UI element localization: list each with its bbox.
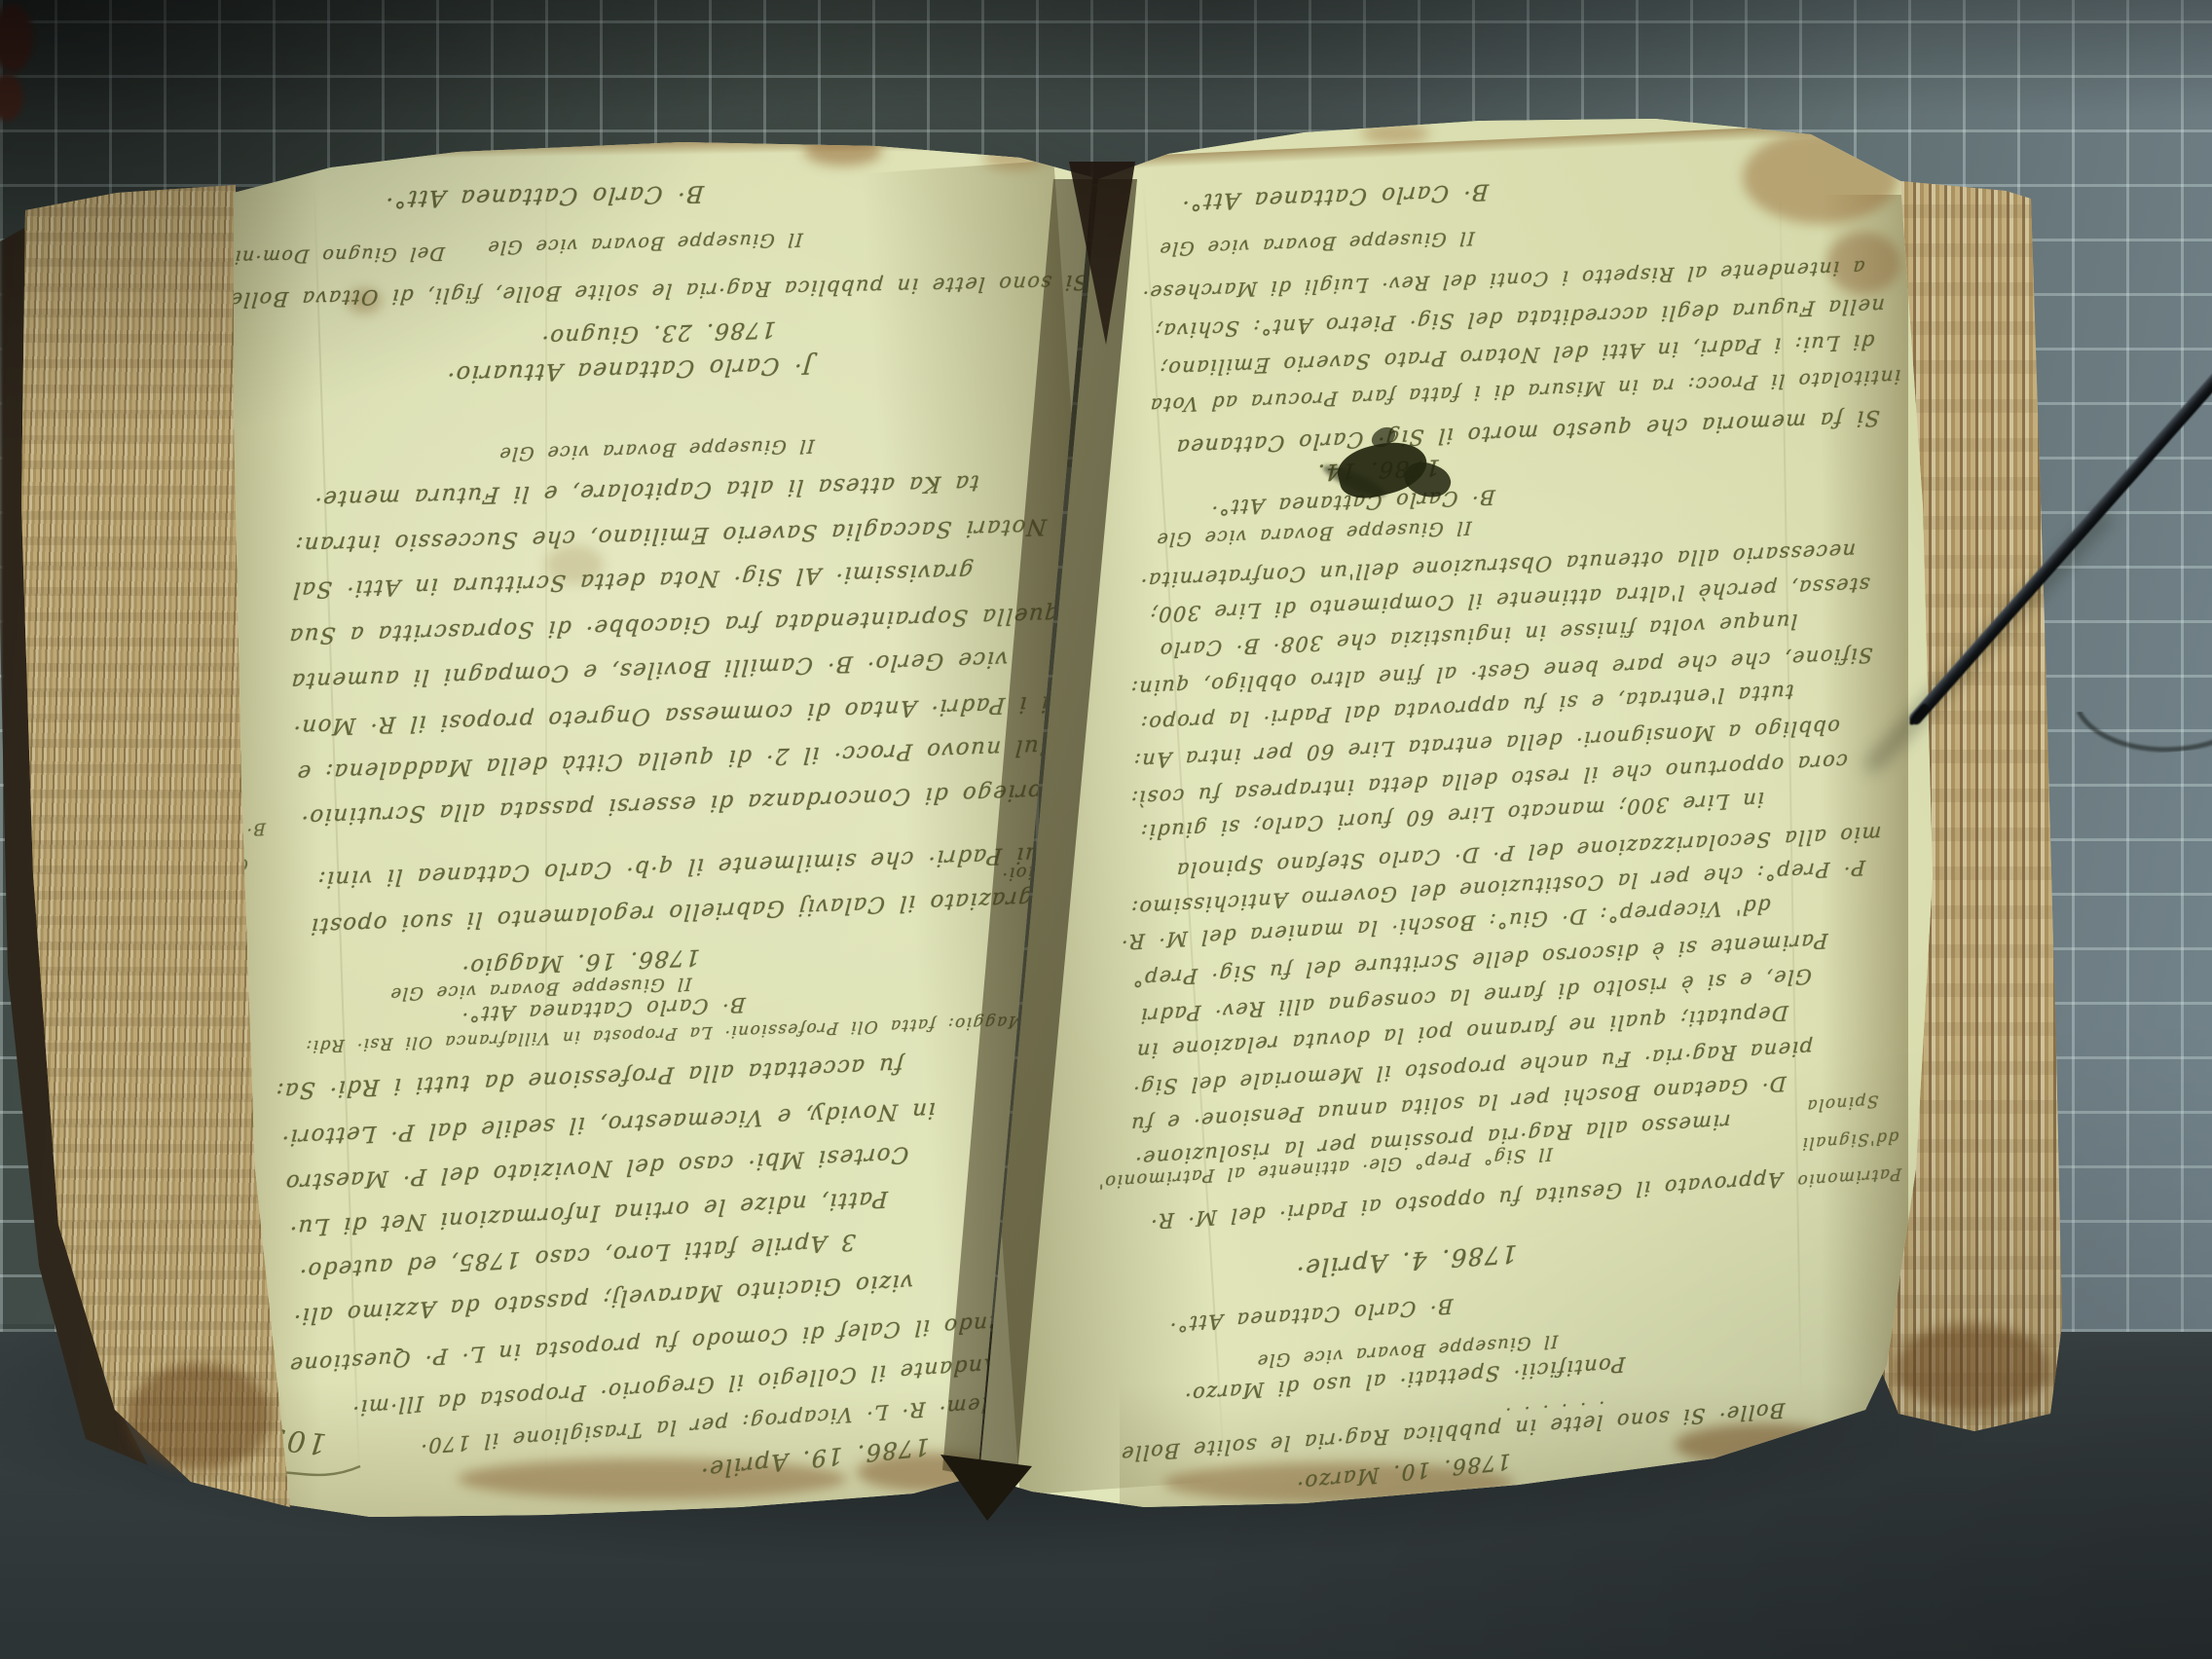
handwritten-line: fu accettata alla Professione da tutti i… (275, 1052, 904, 1101)
handwritten-line: 3 Aprile fatti Loro, caso 1785, ed auted… (298, 1230, 857, 1281)
handwritten-line: B· Carlo Cattanea Att°· (1180, 179, 1489, 212)
fore-edge-stain (127, 1363, 273, 1470)
handwritten-line: a intendente al Rispetto i Conti del Rev… (1141, 258, 1865, 303)
handwritten-line: 1786. 4. Aprile· (1295, 1241, 1518, 1281)
handwritten-line: Si fa memoria che questo morto il Sig· C… (1175, 406, 1881, 457)
photo-scene: B· Carlo Cattanea Att°·Il Giuseppe Bovar… (0, 0, 2212, 1659)
handwritten-line: in Novidy, e Vicemaestro, il sedile dal … (280, 1098, 937, 1148)
handwritten-line: B· Carlo Cattanea Att°· (384, 182, 705, 211)
handwritten-line: Del Giugno Dom·ni (233, 243, 445, 266)
ink-blot (1320, 434, 1466, 522)
handwritten-line: 1786. 23. Giugno· (539, 317, 777, 349)
margin-note-line: Spinola (1806, 1091, 1879, 1113)
handwritten-line: 1786. 16. Maggio· (460, 945, 700, 978)
fore-edge-stain (1895, 1324, 2050, 1412)
handwritten-line: Cortesi Mbi· caso del Noviziato del P· M… (284, 1142, 909, 1193)
handwritten-line: Il Giuseppe Bovara vice Gle (1155, 518, 1472, 549)
handwritten-line: gravissimi· Al Sig· Nota detta Scrittura… (291, 559, 974, 601)
handwritten-line: Il Giuseppe Bovara vice Gle (1158, 228, 1475, 257)
handwritten-line: J· Carlo Cattanea Attuario· (445, 353, 813, 387)
handwritten-line: ta Ka attesa li alta Capitolare, e li Fu… (313, 471, 979, 510)
handwritten-line: Il Giuseppe Bovara vice Gle (486, 230, 803, 257)
